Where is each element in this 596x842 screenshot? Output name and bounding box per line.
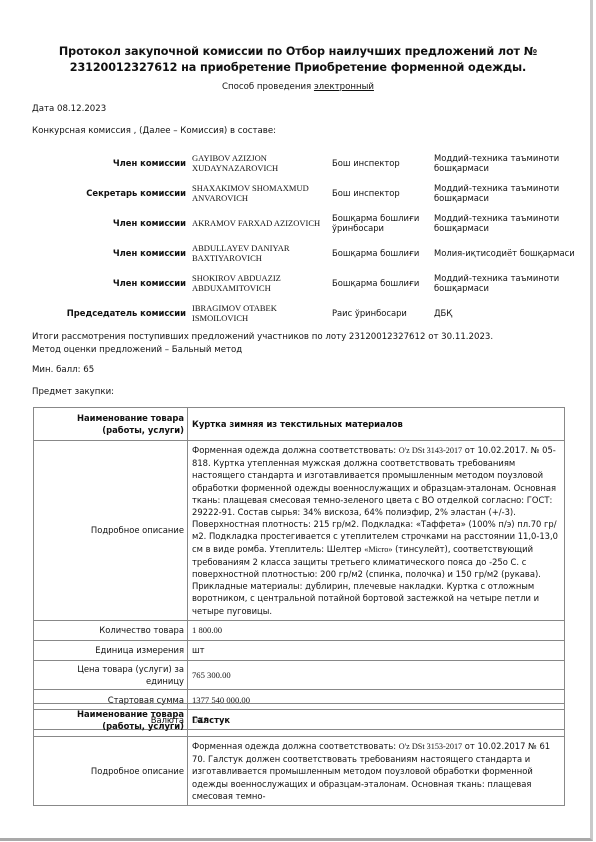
member-role: Председатель комиссии	[40, 298, 192, 328]
member-row: Член комиссииABDULLAYEV DANIYAR BAXTIYAR…	[40, 238, 580, 268]
item-unit-label: Единица измерения	[34, 640, 188, 660]
item-unit-row: Единица измерения шт	[34, 640, 565, 660]
member-name: GAYIBOV AZIZJON XUDAYNAZAROVICH	[192, 148, 326, 178]
item-quantity-label: Количество товара	[34, 620, 188, 640]
min-score: Мин. балл: 65	[32, 364, 94, 377]
item-description-label: Подробное описание	[34, 737, 188, 806]
item-unit-value: шт	[188, 640, 565, 660]
item-description-row: Подробное описание Форменная одежда долж…	[34, 737, 565, 806]
item-quantity-value: 1 800.00	[188, 620, 565, 640]
member-role: Член комиссии	[40, 208, 192, 238]
procurement-method: Способ проведения электронный	[0, 82, 593, 92]
member-position: Бош инспектор	[326, 148, 432, 178]
member-position: Раис ўринбосари	[326, 298, 432, 328]
document-page: Протокол закупочной комиссии по Отбор на…	[0, 0, 593, 841]
item-quantity-row: Количество товара 1 800.00	[34, 620, 565, 640]
member-position: Бошқарма бошлиғи	[326, 238, 432, 268]
item-description-label: Подробное описание	[34, 441, 188, 621]
member-row: Член комиссииAKRAMOV FARXAD AZIZOVICHБош…	[40, 208, 580, 238]
member-department: ДБҚ	[432, 298, 580, 328]
member-row: Член комиссииGAYIBOV AZIZJON XUDAYNAZARO…	[40, 148, 580, 178]
member-department: Моддий-техника таъминоти бошқармаси	[432, 268, 580, 298]
item-name-value: Галстук	[188, 704, 565, 737]
item-unit-price-row: Цена товара (услуги) за единицу 765 300.…	[34, 660, 565, 689]
commission-intro: Конкурсная комиссия , (Далее – Комиссия)…	[32, 125, 276, 138]
member-department: Молия-иқтисодиёт бошқармаси	[432, 238, 580, 268]
document-title: Протокол закупочной комиссии по Отбор на…	[20, 44, 576, 76]
item-table: Наименование товара (работы, услуги) Кур…	[33, 407, 565, 730]
member-row: Член комиссииSHOKIROV ABDUAZIZ ABDUXAMIT…	[40, 268, 580, 298]
evaluation-method: Метод оценки предложений – Бальный метод	[32, 344, 242, 357]
member-role: Член комиссии	[40, 268, 192, 298]
results-line: Итоги рассмотрения поступивших предложен…	[32, 331, 493, 344]
member-role: Секретарь комиссии	[40, 178, 192, 208]
member-name: SHOKIROV ABDUAZIZ ABDUXAMITOVICH	[192, 268, 326, 298]
member-name: ABDULLAYEV DANIYAR BAXTIYAROVICH	[192, 238, 326, 268]
member-position: Бошқарма бошлиғи ўринбосари	[326, 208, 432, 238]
subject-label: Предмет закупки:	[32, 386, 114, 399]
member-department: Моддий-техника таъминоти бошқармаси	[432, 178, 580, 208]
item-description-row: Подробное описание Форменная одежда долж…	[34, 441, 565, 621]
item-name-value: Куртка зимняя из текстильных материалов	[188, 408, 565, 441]
method-label: Способ проведения	[222, 82, 311, 92]
member-department: Моддий-техника таъминоти бошқармаси	[432, 148, 580, 178]
item-unit-price-value: 765 300.00	[188, 660, 565, 689]
member-role: Член комиссии	[40, 238, 192, 268]
item-name-row: Наименование товара (работы, услуги) Гал…	[34, 704, 565, 737]
item-name-label: Наименование товара (работы, услуги)	[34, 408, 188, 441]
member-name: AKRAMOV FARXAD AZIZOVICH	[192, 208, 326, 238]
member-name: IBRAGIMOV OTABEK ISMOILOVICH	[192, 298, 326, 328]
item-unit-price-label: Цена товара (услуги) за единицу	[34, 660, 188, 689]
item-name-label: Наименование товара (работы, услуги)	[34, 704, 188, 737]
document-date: Дата 08.12.2023	[32, 103, 106, 116]
member-position: Бошқарма бошлиғи	[326, 268, 432, 298]
member-role: Член комиссии	[40, 148, 192, 178]
member-department: Моддий-техника таъминоти бошқармаси	[432, 208, 580, 238]
member-name: SHAXAKIMOV SHOMAXMUD ANVAROVICH	[192, 178, 326, 208]
member-row: Секретарь комиссииSHAXAKIMOV SHOMAXMUD A…	[40, 178, 580, 208]
item-name-row: Наименование товара (работы, услуги) Кур…	[34, 408, 565, 441]
member-position: Бош инспектор	[326, 178, 432, 208]
item-table: Наименование товара (работы, услуги) Гал…	[33, 703, 565, 806]
item-description-value: Форменная одежда должна соответствовать:…	[188, 441, 565, 621]
item-description-value: Форменная одежда должна соответствовать:…	[188, 737, 565, 806]
method-link[interactable]: электронный	[314, 82, 374, 92]
member-row: Председатель комиссииIBRAGIMOV OTABEK IS…	[40, 298, 580, 328]
commission-members-table: Член комиссииGAYIBOV AZIZJON XUDAYNAZARO…	[40, 148, 580, 328]
